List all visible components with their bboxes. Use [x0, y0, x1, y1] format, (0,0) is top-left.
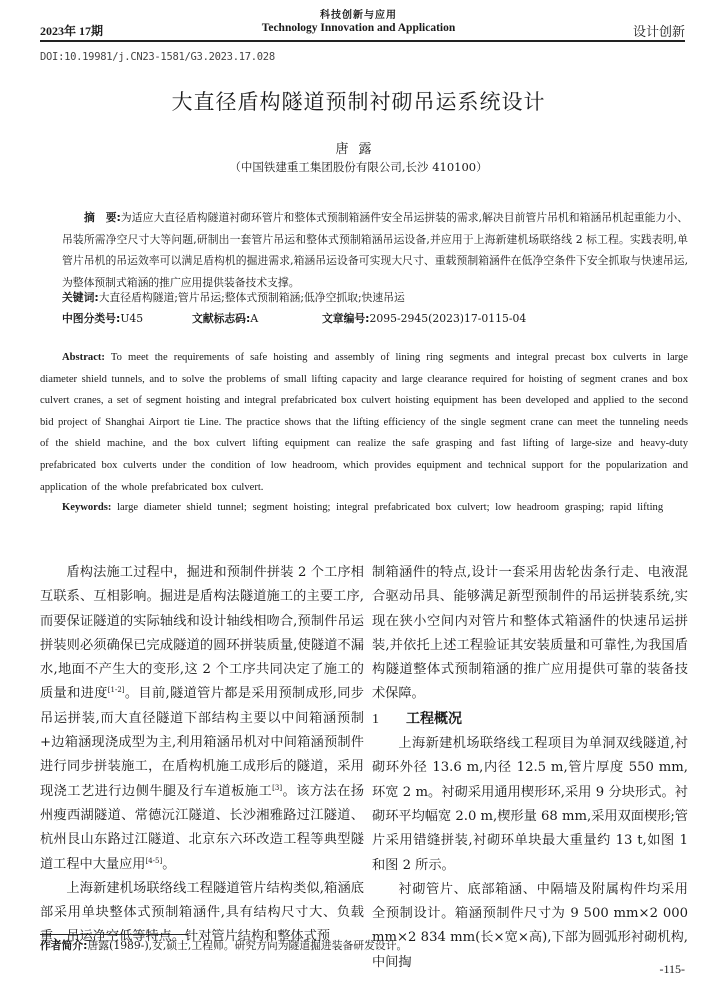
paragraph-text: 盾构法施工过程中，掘进和预制件拼装 2 个工序相互联系、互相影响。掘进是盾构法隧… [40, 565, 364, 701]
section-heading: 1工程概况 [372, 707, 688, 732]
section-number: 1 [372, 708, 406, 732]
abstract-en-text: To meet the requirements of safe hoistin… [40, 352, 688, 493]
issue-label: 2023年 17期 [40, 22, 103, 39]
affiliation: （中国铁建重工集团股份有限公司,长沙 410100） [0, 159, 717, 175]
body-paragraph: 制箱涵件的特点,设计一套采用齿轮齿条行走、电液混合驱动吊具、能够满足新型预制件的… [372, 561, 688, 707]
body-column-right: 制箱涵件的特点,设计一套采用齿轮齿条行走、电液混合驱动吊具、能够满足新型预制件的… [372, 561, 688, 975]
citation-ref[interactable]: [4-5] [146, 857, 163, 865]
body-paragraph: 上海新建机场联络线工程项目为单洞双线隧道,衬砌环外径 13.6 m,内径 12.… [372, 732, 688, 878]
author-footnote: 作者简介:唐露(1989-),女,硕士,工程师。研究方向为隧道掘进装备研发设计。 [40, 938, 407, 953]
body-paragraph: 衬砌管片、底部箱涵、中隔墙及附属构件均采用全预制设计。箱涵预制件尺寸为 9 50… [372, 878, 688, 975]
article-no-label: 文章编号: [322, 312, 370, 325]
footnote-rule [40, 934, 188, 935]
doc-code-value: A [250, 312, 258, 325]
footnote-text: 唐露(1989-),女,硕士,工程师。研究方向为隧道掘进装备研发设计。 [88, 939, 408, 952]
clc-code: 中图分类号:U45 [62, 311, 192, 326]
paragraph-text: 。 [162, 857, 175, 872]
paper-title: 大直径盾构隧道预制衬砌吊运系统设计 [0, 86, 717, 116]
keywords-en: Keywords: large diameter shield tunnel; … [40, 497, 688, 519]
page-number: -115- [659, 962, 685, 977]
classification-line: 中图分类号:U45文献标志码:A文章编号:2095-2945(2023)17-0… [62, 311, 688, 326]
citation-ref[interactable]: [3] [272, 784, 282, 792]
journal-name-en: Technology Innovation and Application [200, 22, 517, 34]
abstract-cn: 摘 要:为适应大直径盾构隧道衬砌环管片和整体式预制箱涵件安全吊运拼装的需求,解决… [62, 207, 688, 293]
abstract-cn-text: 为适应大直径盾构隧道衬砌环管片和整体式预制箱涵件安全吊运拼装的需求,解决目前管片… [62, 211, 688, 289]
section-title: 工程概况 [406, 711, 462, 727]
doc-code-label: 文献标志码: [192, 312, 250, 325]
doi: DOI:10.19981/j.CN23-1581/G3.2023.17.028 [40, 51, 275, 63]
article-number: 文章编号:2095-2945(2023)17-0115-04 [322, 311, 526, 326]
abstract-en: Abstract: To meet the requirements of sa… [40, 347, 688, 498]
author-name: 唐露 [0, 138, 717, 157]
journal-name-cn: 科技创新与应用 [200, 6, 517, 21]
keywords-cn-text: 大直径盾构隧道;管片吊运;整体式预制箱涵;低净空抓取;快速吊运 [99, 291, 405, 304]
clc-label: 中图分类号: [62, 312, 120, 325]
keywords-cn-label: 关键词: [62, 291, 99, 304]
doc-code: 文献标志码:A [192, 311, 322, 326]
keywords-en-text: large diameter shield tunnel; segment ho… [117, 502, 663, 513]
body-paragraph: 盾构法施工过程中，掘进和预制件拼装 2 个工序相互联系、互相影响。掘进是盾构法隧… [40, 561, 364, 877]
footnote-label: 作者简介: [40, 939, 88, 952]
abstract-cn-label: 摘 要: [84, 211, 121, 224]
section-label: 设计创新 [633, 21, 685, 40]
abstract-en-label: Abstract: [62, 352, 105, 363]
keywords-cn: 关键词:大直径盾构隧道;管片吊运;整体式预制箱涵;低净空抓取;快速吊运 [62, 290, 405, 305]
clc-value: U45 [120, 312, 143, 325]
paragraph-text: 。目前,隧道管片都是采用预制成形,同步吊运拼装,而大直径隧道下部结构主要以中间箱… [40, 686, 364, 798]
citation-ref[interactable]: [1-2] [108, 686, 125, 694]
keywords-en-label: Keywords: [62, 502, 111, 513]
body-column-left: 盾构法施工过程中，掘进和预制件拼装 2 个工序相互联系、互相影响。掘进是盾构法隧… [40, 561, 364, 950]
header-rule [40, 40, 685, 42]
article-no-value: 2095-2945(2023)17-0115-04 [370, 312, 527, 325]
journal-masthead: 科技创新与应用 Technology Innovation and Applic… [200, 6, 517, 34]
